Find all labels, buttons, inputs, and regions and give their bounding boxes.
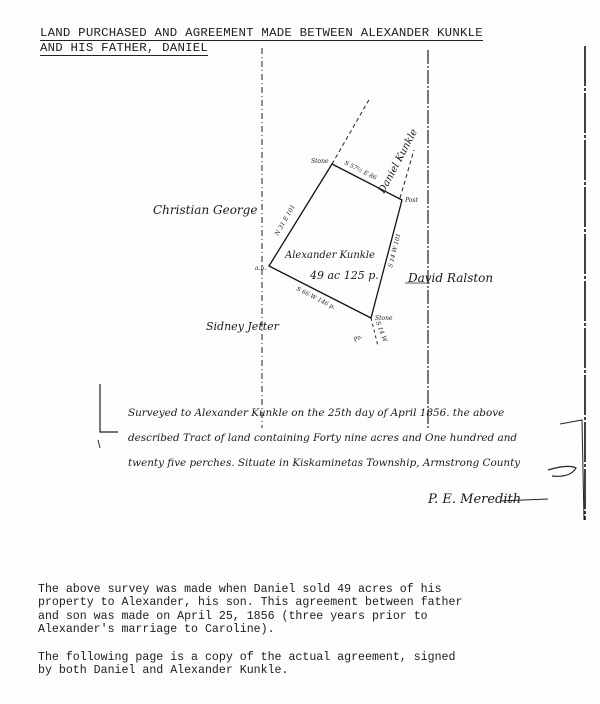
note-bracket-right [560,420,584,520]
note-flourish [548,466,576,476]
note-bracket-left [100,384,118,432]
caption-text: The above survey was made when Daniel so… [38,583,578,691]
corner-west-label: a.b. [255,265,266,272]
survey-map: Stone Post a.b. Stone Po. N 31 E 101 S 5… [0,0,600,560]
ne-boundary-1 [332,98,370,164]
neighbor-daniel-kunkle: Daniel Kunkle [376,127,420,196]
corner-south-post-label: Po. [352,333,364,344]
document-page: LAND PURCHASED AND AGREEMENT MADE BETWEE… [0,0,600,704]
bearing-south-tail: S 14 W [374,320,388,344]
bearing-east-side: S 14 W 101 [387,233,402,269]
corner-north-label: Stone [311,158,329,165]
surveyor-signature: P. E. Meredith [427,492,521,507]
parcel-owner-label: Alexander Kunkle [284,250,375,261]
neighbor-christian-george: Christian George [153,203,257,217]
parcel-area-label: 49 ac 125 p. [309,269,379,282]
note-line-2: described Tract of land containing Forty… [128,432,517,444]
caption-paragraph-2: The following page is a copy of the actu… [38,651,578,678]
bearing-west-side: N 31 E 101 [273,204,297,238]
neighbor-sidney-jetter: Sidney Jetter [206,320,280,333]
caption-paragraph-1: The above survey was made when Daniel so… [38,583,578,637]
note-bracket-tick [98,440,100,448]
note-line-1: Surveyed to Alexander Kunkle on the 25th… [128,407,504,419]
note-line-3: twenty five perches. Situate in Kiskamin… [128,457,520,469]
corner-east-label: Post [404,197,418,204]
